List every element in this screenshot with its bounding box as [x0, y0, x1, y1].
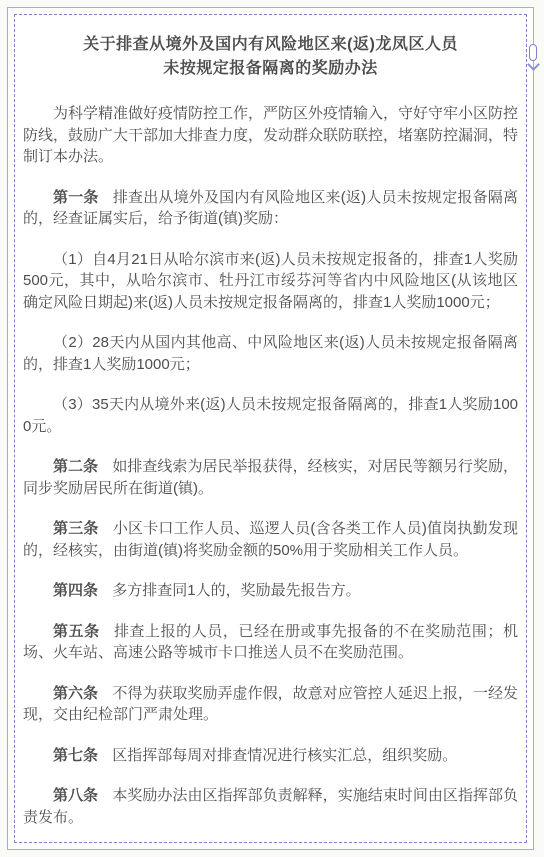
article-number-label: 第五条	[53, 623, 100, 640]
article-number-label: 第四条	[53, 582, 98, 599]
paragraph: 第六条不得为获取奖励弄虚作假，故意对应管控人延迟上报，一经发现，交由纪检部门严肃…	[23, 683, 518, 726]
paragraph-text: 区指挥部每周对排查情况进行核实汇总，组织奖励。	[112, 747, 457, 764]
paragraph: 第三条小区卡口工作人员、巡逻人员(含各类工作人员)值岗执勤发现的，经核实，由街道…	[23, 518, 518, 561]
paragraph-text: 为科学精准做好疫情防控工作，严防区外疫情输入，守好守牢小区防控防线，鼓励广大干部…	[23, 105, 518, 165]
paragraph: （1）自4月21日从哈尔滨市来(返)人员未按规定报备的，排查1人奖励500元，其…	[23, 249, 518, 314]
paragraph: 第五条排查上报的人员，已经在册或事先报备的不在奖励范围；机场、火车站、高速公路等…	[23, 621, 518, 664]
paragraph: （2）28天内从国内其他高、中风险地区来(返)人员未按规定报备隔离的，排查1人奖…	[23, 332, 518, 375]
paragraph: 为科学精准做好疫情防控工作，严防区外疫情输入，守好守牢小区防控防线，鼓励广大干部…	[23, 103, 518, 168]
content-box: 关于排查从境外及国内有风险地区来(返)龙凤区人员 未按规定报备隔离的奖励办法 为…	[14, 14, 527, 843]
article-number-label: 第三条	[53, 520, 99, 537]
article-number-label: 第一条	[53, 189, 99, 206]
page-title: 关于排查从境外及国内有风险地区来(返)龙凤区人员 未按规定报备隔离的奖励办法	[23, 33, 518, 81]
document-page: 关于排查从境外及国内有风险地区来(返)龙凤区人员 未按规定报备隔离的奖励办法 为…	[0, 0, 544, 857]
paragraph-text: 多方排查同1人的，奖励最先报告方。	[112, 582, 360, 599]
paragraph: 第二条如排查线索为居民举报获得，经核实，对居民等额另行奖励，同步奖励居民所在街道…	[23, 456, 518, 499]
paragraph-text: （3）35天内从境外来(返)人员未按规定报备隔离的，排查1人奖励1000元。	[23, 396, 518, 435]
title-line-1: 关于排查从境外及国内有风险地区来(返)龙凤区人员	[23, 33, 518, 57]
paragraph: 第七条区指挥部每周对排查情况进行核实汇总，组织奖励。	[23, 745, 518, 767]
paragraph: 第一条排查出从境外及国内有风险地区来(返)人员未按规定报备隔离的，经查证属实后，…	[23, 187, 518, 230]
document-body: 为科学精准做好疫情防控工作，严防区外疫情输入，守好守牢小区防控防线，鼓励广大干部…	[23, 103, 518, 828]
article-number-label: 第七条	[53, 747, 98, 764]
outer-border: 关于排查从境外及国内有风险地区来(返)龙凤区人员 未按规定报备隔离的奖励办法 为…	[7, 7, 534, 850]
paragraph: 第四条多方排查同1人的，奖励最先报告方。	[23, 580, 518, 602]
chevron-down-icon[interactable]	[527, 58, 540, 71]
title-line-2: 未按规定报备隔离的奖励办法	[23, 57, 518, 81]
article-number-label: 第二条	[53, 458, 98, 475]
paragraph-text: （2）28天内从国内其他高、中风险地区来(返)人员未按规定报备隔离的，排查1人奖…	[23, 334, 518, 373]
paragraph: 第八条本奖励办法由区指挥部负责解释，实施结束时间由区指挥部负责发布。	[23, 785, 518, 828]
article-number-label: 第八条	[53, 787, 98, 804]
paragraph-text: （1）自4月21日从哈尔滨市来(返)人员未按规定报备的，排查1人奖励500元，其…	[23, 251, 518, 311]
article-number-label: 第六条	[53, 685, 98, 702]
selection-handle[interactable]	[528, 44, 538, 69]
paragraph: （3）35天内从境外来(返)人员未按规定报备隔离的，排查1人奖励1000元。	[23, 394, 518, 437]
